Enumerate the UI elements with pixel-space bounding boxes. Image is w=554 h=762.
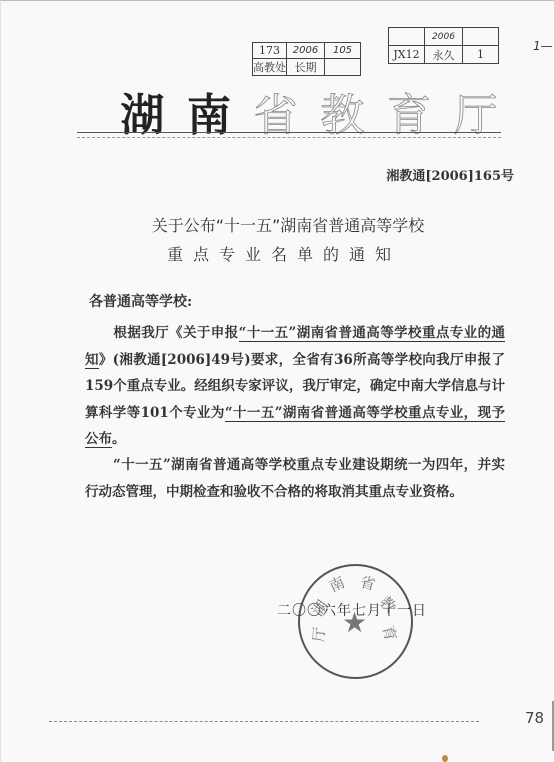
paragraph-text: 。 — [112, 431, 126, 447]
archive-year: 2006 — [425, 28, 463, 46]
archive-box-number: 173 — [253, 43, 287, 59]
margin-handwritten-mark: 1— — [533, 39, 553, 53]
salutation: 各普通高等学校: — [89, 291, 192, 311]
scan-smudge — [442, 755, 448, 762]
archive-retention: 长期 — [287, 59, 325, 76]
archive-volume: 1 — [463, 46, 499, 64]
official-seal: 湖 南 省 教 育 厅 ★ — [298, 564, 413, 679]
seal-char: 省 — [358, 573, 377, 594]
document-page: 173 2006 105 高教处 长期 2006 JX12 永久 1 1— 湖 … — [0, 0, 554, 762]
paragraph-text: 根据我厅《关于申报 — [113, 325, 239, 341]
page-number: 78 — [525, 709, 544, 727]
letterhead-char: 育 — [376, 79, 443, 143]
archive-department: 高教处 — [253, 59, 287, 76]
issue-date: 二〇〇六年七月十一日 — [277, 600, 427, 620]
seal-char: 育 — [379, 624, 400, 643]
letterhead-char: 厅 — [442, 79, 509, 143]
footer-rule — [49, 721, 479, 722]
archive-year: 2006 — [287, 43, 325, 59]
archive-empty-cell — [463, 28, 499, 46]
letterhead-rule-secondary — [77, 137, 501, 138]
paragraph-1: 根据我厅《关于申报“十一五”湖南省普通高等学校重点专业的通知》(湘教通[2006… — [85, 320, 505, 453]
seal-char: 南 — [326, 573, 347, 596]
seal-graphic: 湖 南 省 教 育 厅 ★ — [300, 566, 410, 676]
letterhead-rule — [77, 132, 501, 133]
archive-stamp-left: 173 2006 105 高教处 长期 — [252, 42, 361, 76]
letterhead-char: 湖 — [109, 79, 176, 143]
archive-empty-cell — [325, 59, 361, 76]
document-title-line-1: 关于公布“十一五”湖南省普通高等学校 — [11, 213, 554, 236]
archive-item-number: 105 — [325, 43, 361, 59]
letterhead-char: 省 — [242, 79, 309, 143]
document-title-line-2: 重点专业名单的通知 — [1, 242, 554, 265]
archive-empty-cell — [389, 28, 425, 46]
letterhead: 湖 南 省 教 育 厅 — [109, 79, 509, 143]
archive-stamp-right: 2006 JX12 永久 1 — [388, 27, 499, 64]
archive-retention: 永久 — [425, 46, 463, 64]
document-number: 湘教通[2006]165号 — [386, 165, 514, 184]
paragraph-2: “十一五”湖南省普通高等学校重点专业建设期统一为四年，并实行动态管理，中期检查和… — [85, 452, 505, 505]
letterhead-char: 南 — [176, 79, 243, 143]
seal-char: 厅 — [310, 626, 329, 643]
letterhead-char: 教 — [309, 79, 376, 143]
paragraph-text: “十一五”湖南省普通高等学校重点专业建设期统一为四年，并实行动态管理，中期检查和… — [85, 457, 505, 500]
archive-category-code: JX12 — [389, 46, 425, 64]
